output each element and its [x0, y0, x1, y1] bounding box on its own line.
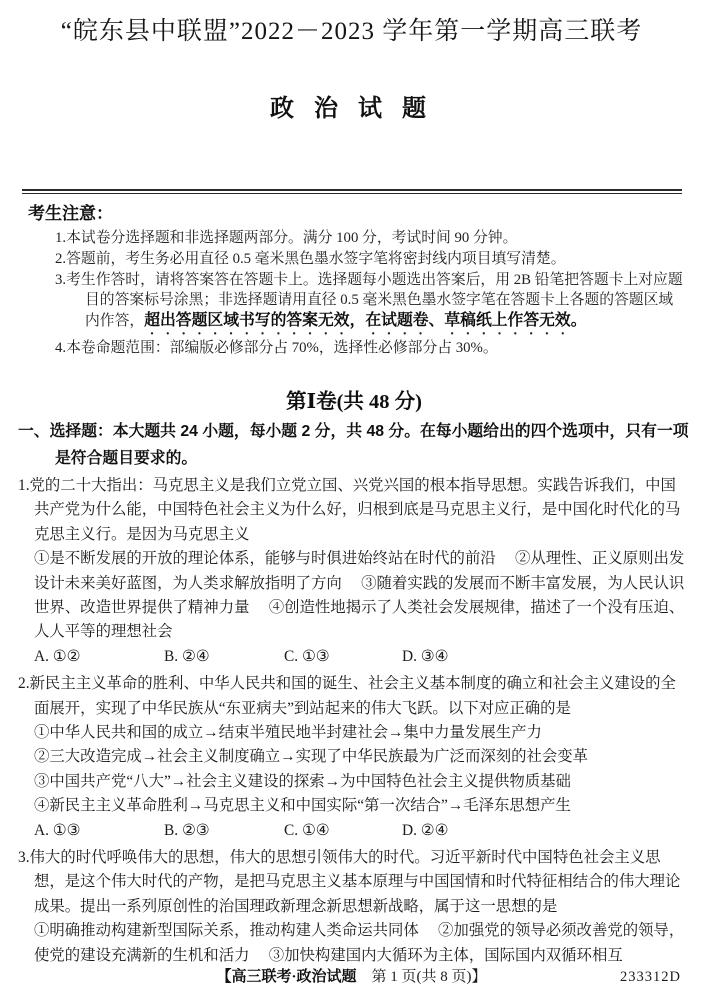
question-3-stem: 3.伟大的时代呼唤伟大的思想，伟大的思想引领伟大的时代。习近平新时代中国特色社会… — [18, 846, 690, 919]
footer-caption-page: 第 1 页(共 8 页)】 — [357, 969, 487, 985]
exam-body: 第Ⅰ卷(共 48 分) 一、选择题：本大题共 24 小题，每小题 2 分，共 4… — [0, 388, 703, 968]
question-1-subitem-1: ①是不断发展的开放的理论体系，能够与时俱进始终站在时代的前沿 — [34, 550, 496, 567]
question-1-options: A. ①②B. ②④C. ①③D. ③④ — [18, 645, 690, 669]
notice-item-3: 3.考生作答时，请将答案答在答题卡上。选择题每小题选出答案后，用 2B 铅笔把答… — [55, 270, 683, 339]
notice-heading: 考生注意： — [28, 203, 683, 225]
question-1-stem: 1.党的二十大指出：马克思主义是我们立党立国、兴党兴国的根本指导思想。实践告诉我… — [18, 474, 690, 547]
question-1-option-d: D. ③④ — [402, 645, 448, 669]
question-2-option-b: B. ②③ — [164, 819, 284, 843]
notice-item-1: 1.本试卷分选择题和非选择题两部分。满分 100 分，考试时间 90 分钟。 — [55, 228, 683, 249]
candidate-notice: 考生注意： 1.本试卷分选择题和非选择题两部分。满分 100 分，考试时间 90… — [0, 203, 703, 359]
exam-page: { "colors": { "paper": "#ffffff", "ink":… — [0, 0, 703, 999]
subject-title: 政 治 试 题 — [0, 93, 703, 126]
section-intro: 一、选择题：本大题共 24 小题，每小题 2 分，共 48 分。在每小题给出的四… — [18, 418, 690, 472]
footer-caption-bold: 【高三联考·政治试题 — [216, 969, 356, 985]
section-title: 第Ⅰ卷(共 48 分) — [18, 388, 690, 416]
question-1-option-b: B. ②④ — [164, 645, 284, 669]
question-1-option-a: A. ①② — [34, 645, 164, 669]
question-1-option-c: C. ①③ — [284, 645, 402, 669]
footer-caption: 【高三联考·政治试题 第 1 页(共 8 页)】 — [0, 966, 703, 988]
question-3-subitem-3: ③加快构建国内大循环为主体，国际国内双循环相互 — [269, 947, 623, 964]
question-2-subitem-1: ①中华人民共和国的成立→结束半殖民地半封建社会→集中力量发展生产力 — [34, 721, 690, 745]
notice-item-4: 4.本卷命题范围：部编版必修部分占 70%，选择性必修部分占 30%。 — [55, 338, 683, 359]
question-1: 1.党的二十大指出：马克思主义是我们立党立国、兴党兴国的根本指导思想。实践告诉我… — [18, 474, 690, 669]
question-2: 2.新民主主义革命的胜利、中华人民共和国的诞生、社会主义基本制度的确立和社会主义… — [18, 672, 690, 843]
header-divider — [22, 189, 682, 194]
question-2-stem: 2.新民主主义革命的胜利、中华人民共和国的诞生、社会主义基本制度的确立和社会主义… — [18, 672, 690, 721]
question-2-options: A. ①③B. ②③C. ①④D. ②④ — [18, 819, 690, 843]
doc-title: “皖东县中联盟”2022－2023 学年第一学期高三联考 — [0, 14, 703, 50]
question-2-option-d: D. ②④ — [402, 819, 448, 843]
notice-items: 1.本试卷分选择题和非选择题两部分。满分 100 分，考试时间 90 分钟。 2… — [28, 228, 683, 359]
question-2-subitem-4: ④新民主主义革命胜利→马克思主义和中国实际“第一次结合”→毛泽东思想产生 — [34, 794, 690, 818]
notice-item-3-emphasis: 超出答题区域书写的答案无效，在试题卷、草稿纸上作答无效。 — [144, 312, 586, 329]
question-3: 3.伟大的时代呼唤伟大的思想，伟大的思想引领伟大的时代。习近平新时代中国特色社会… — [18, 846, 690, 968]
question-2-option-c: C. ①④ — [284, 819, 402, 843]
question-3-subitem-1: ①明确推动构建新型国际关系，推动构建人类命运共同体 — [34, 922, 419, 939]
question-2-subitem-2: ②三大改造完成→社会主义制度确立→实现了中华民族最为广泛而深刻的社会变革 — [34, 745, 690, 769]
question-3-subitems: ①明确推动构建新型国际关系，推动构建人类命运共同体②加强党的领导必须改善党的领导… — [18, 919, 690, 968]
page-footer: 【高三联考·政治试题 第 1 页(共 8 页)】 233312D — [0, 966, 703, 990]
footer-code: 233312D — [620, 966, 681, 988]
question-2-option-a: A. ①③ — [34, 819, 164, 843]
question-2-subitem-3: ③中国共产党“八大”→社会主义建设的探索→为中国特色社会主义提供物质基础 — [34, 770, 690, 794]
question-2-subitems: ①中华人民共和国的成立→结束半殖民地半封建社会→集中力量发展生产力 ②三大改造完… — [18, 721, 690, 819]
question-1-subitems: ①是不断发展的开放的理论体系，能够与时俱进始终站在时代的前沿②从理性、正义原则出… — [18, 547, 690, 645]
notice-item-2: 2.答题前，考生务必用直径 0.5 毫米黑色墨水签字笔将密封线内项目填写清楚。 — [55, 249, 683, 270]
